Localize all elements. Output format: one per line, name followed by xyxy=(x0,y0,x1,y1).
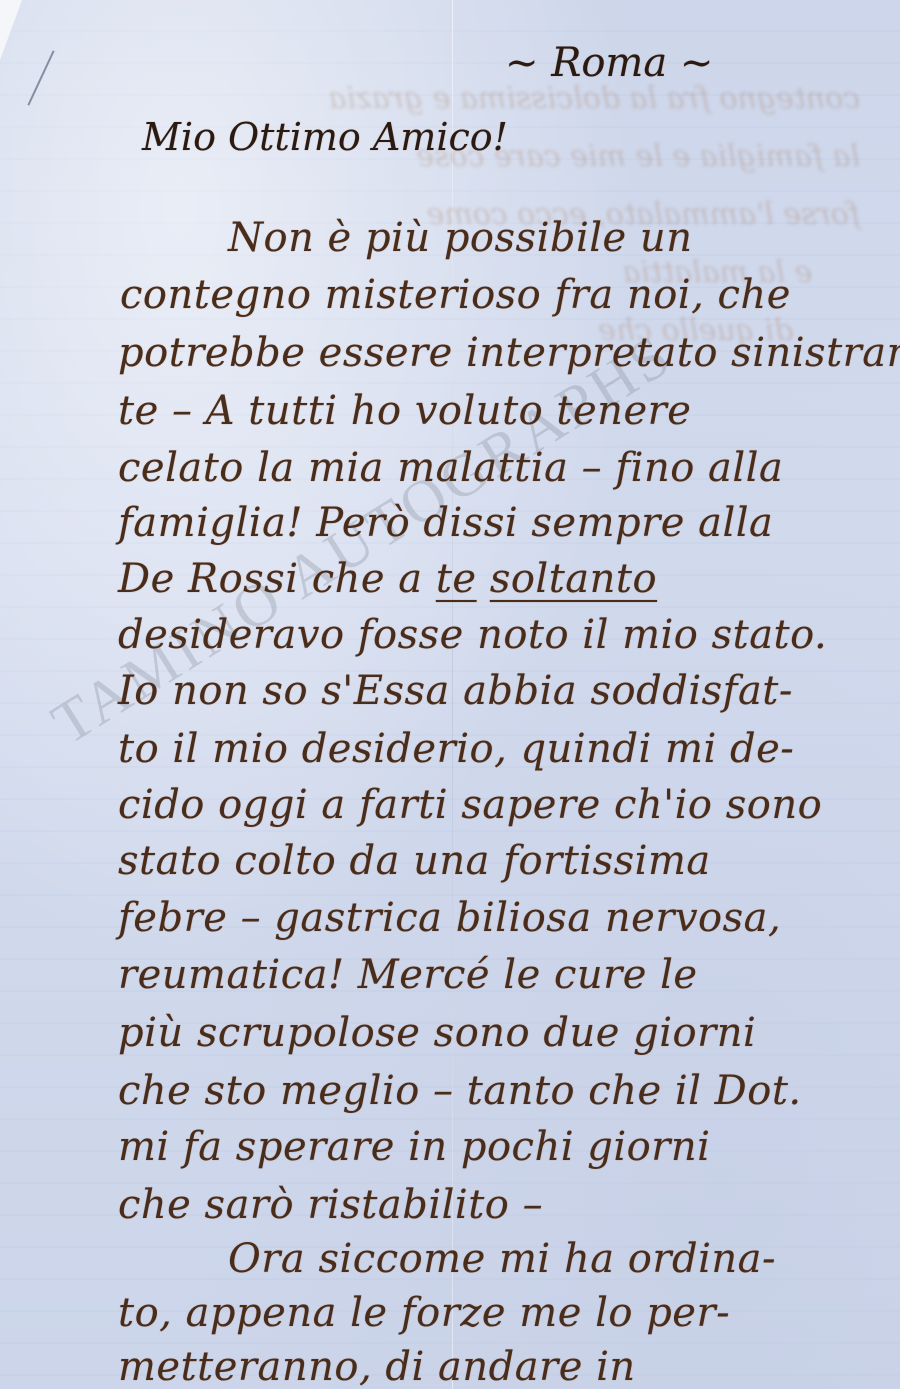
letter-line-14: reumatica! Mercé le cure le xyxy=(118,952,698,998)
letter-line-18: che sarò ristabilito – xyxy=(118,1182,543,1228)
letter-page: contegno fra la dolcissima e grazia la f… xyxy=(0,0,900,1389)
letter-line-10: to il mio desiderio, quindi mi de- xyxy=(118,726,794,772)
letter-line-8: desideravo fosse noto il mio stato. xyxy=(118,612,827,658)
salutation: Mio Ottimo Amico! xyxy=(142,115,508,159)
letter-line-15: più scrupolose sono due giorni xyxy=(118,1010,756,1056)
letter-line-7: De Rossi che a te soltanto xyxy=(118,556,657,602)
letter-line-17: mi fa sperare in pochi giorni xyxy=(118,1124,710,1170)
letter-line-13: febre – gastrica biliosa nervosa, xyxy=(118,895,781,941)
letter-line-1: Non è più possibile un xyxy=(228,215,692,261)
letter-line-21: metteranno, di andare in xyxy=(118,1344,636,1389)
margin-pencil-mark xyxy=(27,50,54,105)
letter-line-12: stato colto da una fortissima xyxy=(118,838,711,884)
letter-line-9: Io non so s'Essa abbia soddisfat- xyxy=(118,668,793,714)
letter-line-6: famiglia! Però dissi sempre alla xyxy=(118,500,773,546)
letter-line-11: cido oggi a farti sapere ch'io sono xyxy=(118,782,822,828)
line7-text: De Rossi che a xyxy=(118,556,436,602)
letter-line-19: Ora siccome mi ha ordina- xyxy=(228,1236,776,1282)
letter-line-16: che sto meglio – tanto che il Dot. xyxy=(118,1068,802,1114)
letter-line-5: celato la mia malattia – fino alla xyxy=(118,445,783,491)
underlined-te: te xyxy=(436,556,477,602)
letter-line-20: to, appena le forze me lo per- xyxy=(118,1290,730,1336)
place-heading: ~ Roma ~ xyxy=(505,40,713,86)
letter-line-2: contegno misterioso fra noi, che xyxy=(120,272,791,318)
letter-line-3: potrebbe essere interpretato sinistramen… xyxy=(118,330,900,376)
torn-corner xyxy=(0,0,22,60)
letter-line-4: te – A tutti ho voluto tenere xyxy=(118,388,691,434)
underlined-soltanto: soltanto xyxy=(490,556,657,602)
